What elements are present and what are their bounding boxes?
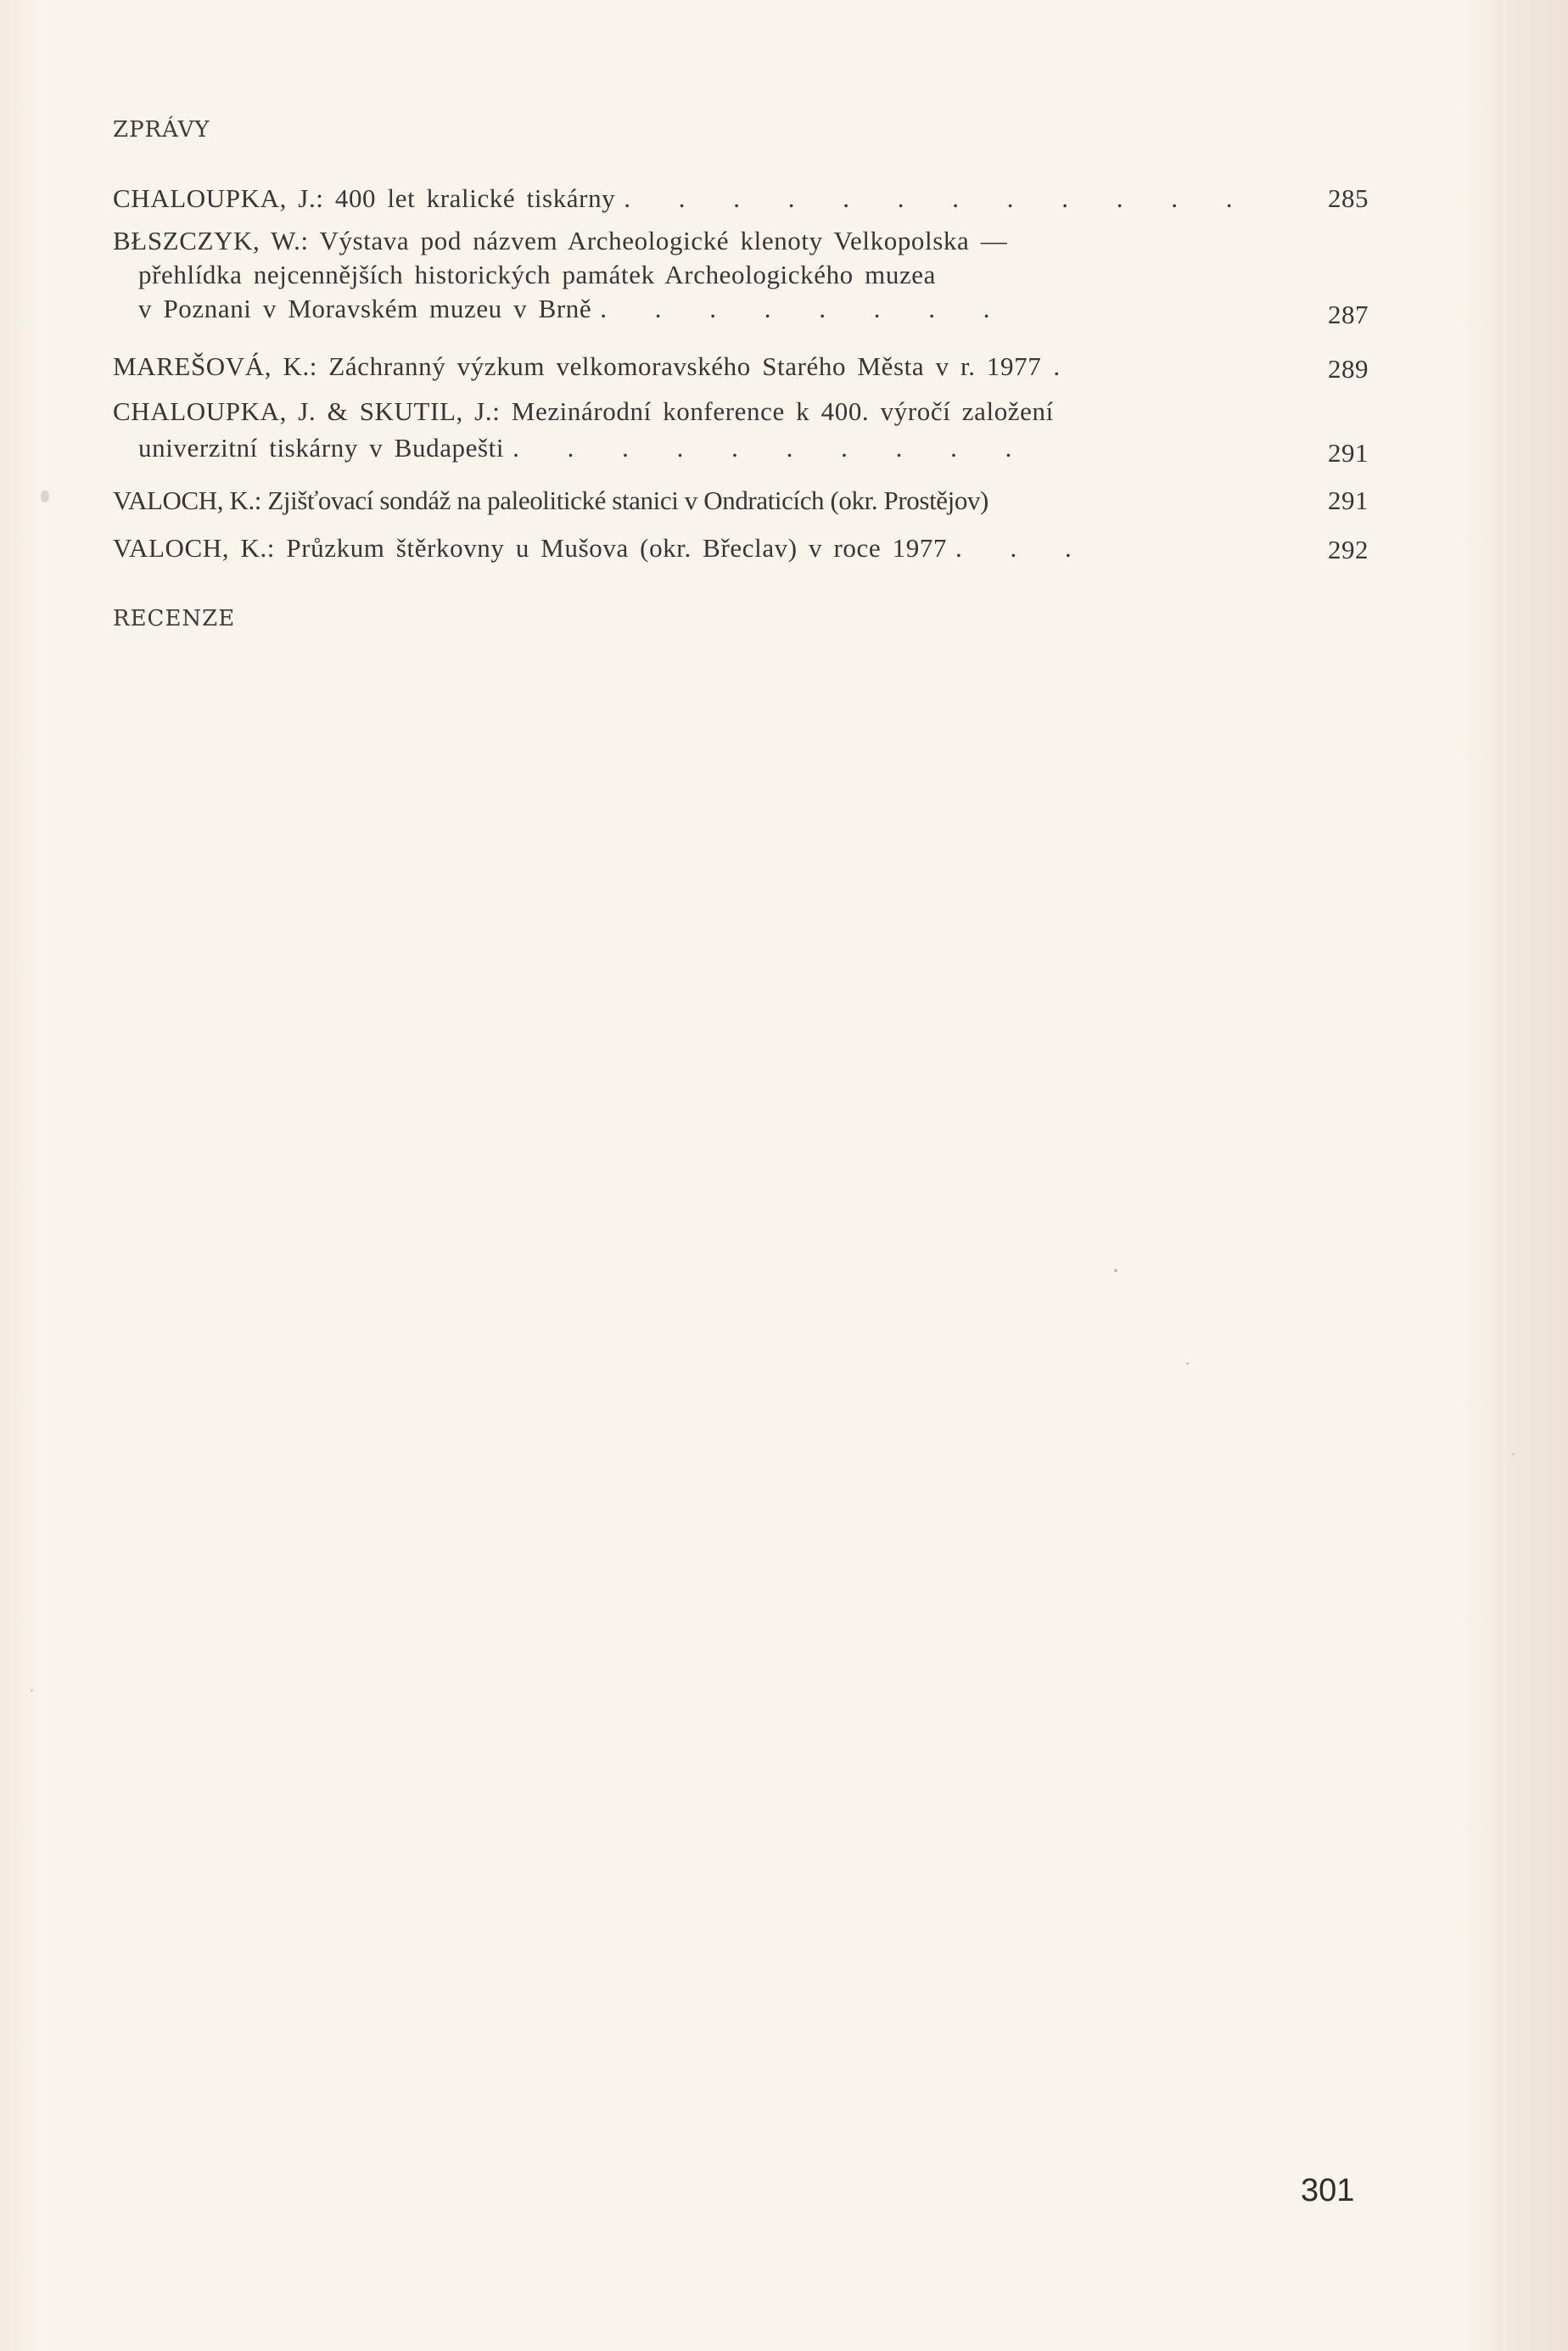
section-heading-zpravy: ZPRÁVY xyxy=(113,117,210,143)
toc-entry-title: VALOCH, K.: Zjišťovací sondáž na paleoli… xyxy=(113,485,988,515)
scan-speck xyxy=(41,491,49,502)
toc-entry: VALOCH, K.: Zjišťovací sondáž na paleoli… xyxy=(113,480,1369,521)
toc-entry-title-continued: univerzitní tiskárny v Budapešti xyxy=(138,433,504,463)
toc-page-number: 291 xyxy=(1328,480,1369,521)
toc-entry-title: CHALOUPKA, J.: 400 let kralické tiskárny xyxy=(113,183,615,213)
toc-entry-line: VALOCH, K.: Zjišťovací sondáž na paleoli… xyxy=(113,480,1369,521)
dot-leader: . xyxy=(1053,351,1078,381)
toc-entry-title: VALOCH, K.: Průzkum štěrkovny u Mušova (… xyxy=(113,533,947,563)
toc-entry-title: BŁSZCZYK, W.: Výstava pod názvem Archeol… xyxy=(113,226,1007,255)
toc-entry-title: MAREŠOVÁ, K.: Záchranný výzkum velkomora… xyxy=(113,351,1041,381)
document-page: ZPRÁVY CHALOUPKA, J.: 400 let kralické t… xyxy=(0,0,1568,2351)
toc-page-number: 291 xyxy=(1328,429,1369,477)
toc-entry-line: BŁSZCZYK, W.: Výstava pod názvem Archeol… xyxy=(113,224,1369,258)
toc-page-number: 289 xyxy=(1328,346,1369,392)
dot-leader: . . . . . . . . . . xyxy=(512,433,1030,463)
toc-entry: CHALOUPKA, J. & SKUTIL, J.: Mezinárodní … xyxy=(113,394,1369,467)
section-heading-recenze: RECENZE xyxy=(113,606,235,631)
toc-entry-title-continued: v Poznani v Moravském muzeu v Brně xyxy=(138,294,591,323)
toc-entry-title: CHALOUPKA, J. & SKUTIL, J.: Mezinárodní … xyxy=(113,396,1054,426)
toc-entry: CHALOUPKA, J.: 400 let kralické tiskárny… xyxy=(113,178,1369,219)
toc-entry-line: univerzitní tiskárny v Budapešti. . . . … xyxy=(113,429,1369,467)
toc-page-number: 285 xyxy=(1328,178,1369,219)
toc-entry-line: VALOCH, K.: Průzkum štěrkovny u Mušova (… xyxy=(113,528,1369,569)
toc-page-number: 292 xyxy=(1328,528,1369,572)
toc-entry-line: MAREŠOVÁ, K.: Záchranný výzkum velkomora… xyxy=(113,346,1369,387)
toc-entry: BŁSZCZYK, W.: Výstava pod názvem Archeol… xyxy=(113,224,1369,326)
scan-speck xyxy=(1186,1362,1189,1365)
toc-entry-line: CHALOUPKA, J.: 400 let kralické tiskárny… xyxy=(113,178,1369,219)
scan-speck xyxy=(1512,1453,1515,1456)
page-number: 301 xyxy=(1301,2173,1354,2209)
dot-leader: . . . xyxy=(955,533,1090,563)
dot-leader: . . . . . . . . xyxy=(600,294,1008,323)
toc-entry-line: přehlídka nejcennějších historických pam… xyxy=(113,258,1369,292)
toc-page-number: 287 xyxy=(1328,292,1369,338)
scan-speck xyxy=(31,1689,33,1692)
toc-entry-line: v Poznani v Moravském muzeu v Brně. . . … xyxy=(113,292,1369,326)
toc-entry: VALOCH, K.: Průzkum štěrkovny u Mušova (… xyxy=(113,528,1369,569)
toc-entry-title-continued: přehlídka nejcennějších historických pam… xyxy=(138,260,936,289)
toc-entry: MAREŠOVÁ, K.: Záchranný výzkum velkomora… xyxy=(113,346,1369,387)
toc-entry-line: CHALOUPKA, J. & SKUTIL, J.: Mezinárodní … xyxy=(113,394,1369,429)
scan-speck xyxy=(1114,1269,1117,1272)
dot-leader: . . . . . . . . . . . . xyxy=(624,183,1251,213)
